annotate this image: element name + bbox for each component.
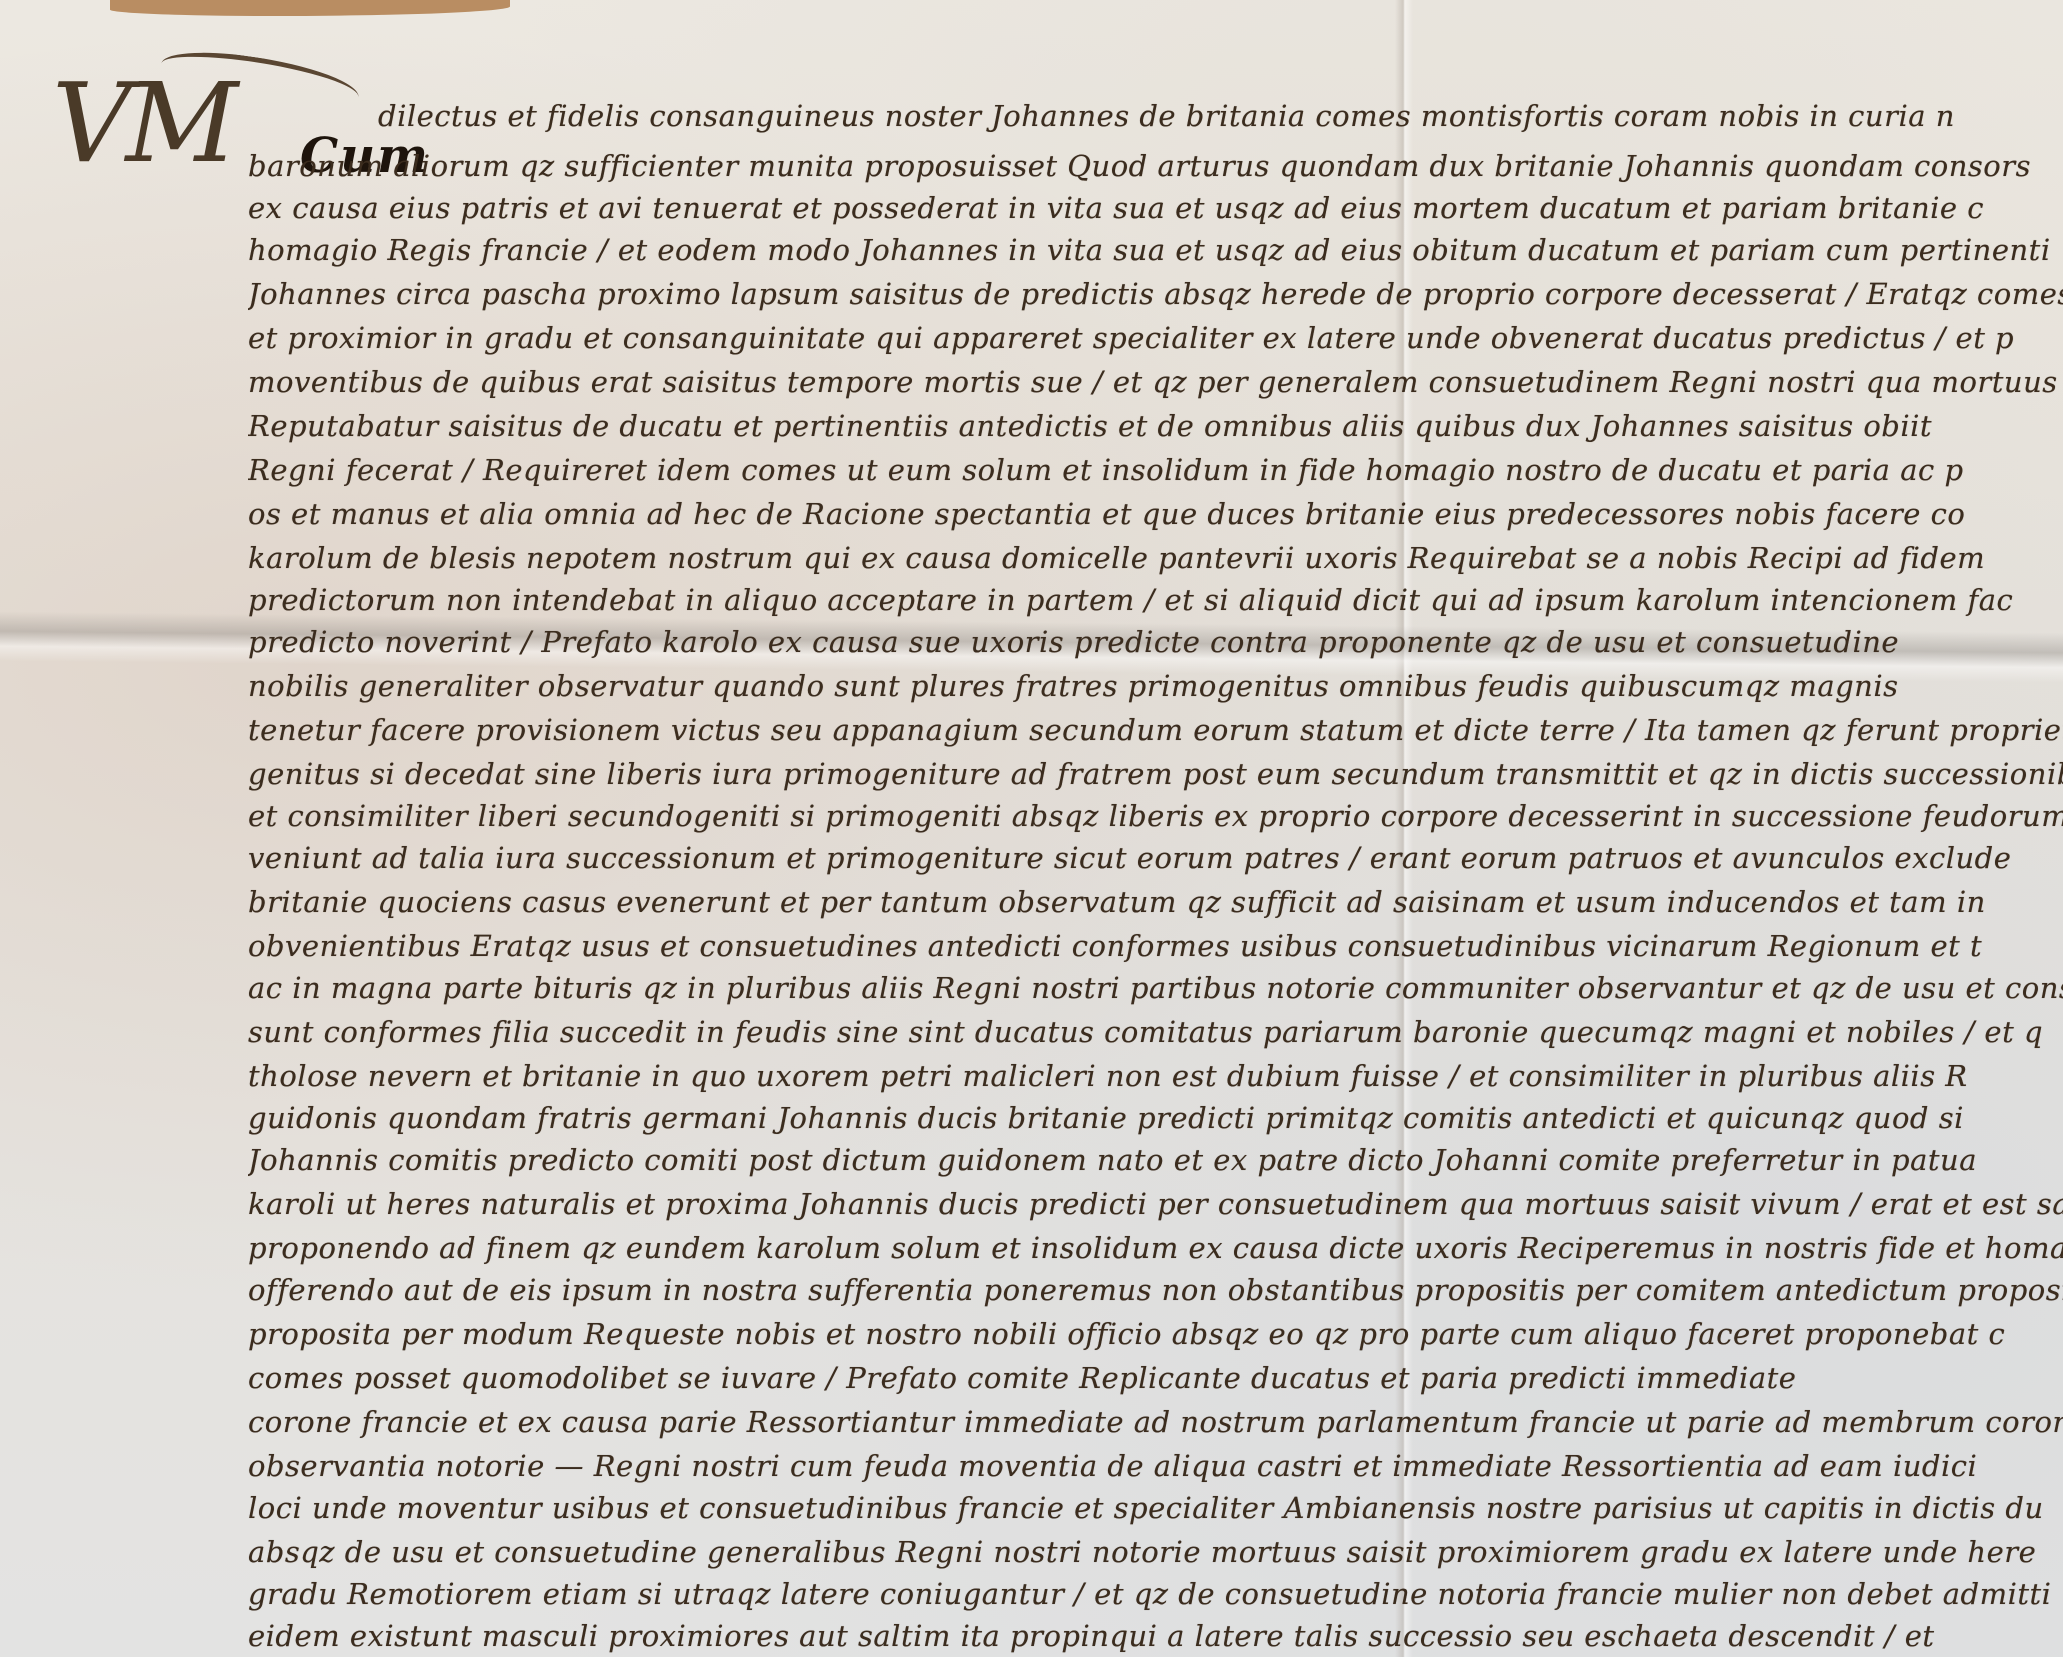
manuscript-line: proposita per modum Requeste nobis et no… [248, 1316, 2063, 1352]
manuscript-line: gradu Remotiorem etiam si utraqz latere … [248, 1576, 2063, 1612]
manuscript-line: loci unde moventur usibus et consuetudin… [248, 1490, 2063, 1526]
manuscript-line: tenetur facere provisionem victus seu ap… [248, 712, 2063, 748]
manuscript-line: guidonis quondam fratris germani Johanni… [248, 1100, 2063, 1136]
manuscript-line: veniunt ad talia iura successionum et pr… [248, 840, 2063, 876]
manuscript-line: et proximior in gradu et consanguinitate… [248, 320, 2063, 356]
manuscript-line: absqz de usu et consuetudine generalibus… [248, 1534, 2063, 1570]
manuscript-line: os et manus et alia omnia ad hec de Raci… [248, 496, 2063, 532]
manuscript-line: britanie quociens casus evenerunt et per… [248, 884, 2063, 920]
manuscript-line: corone francie et ex causa parie Ressort… [248, 1404, 2063, 1440]
manuscript-line: observantia notorie — Regni nostri cum f… [248, 1448, 2063, 1484]
manuscript-line: sunt conformes filia succedit in feudis … [248, 1014, 2063, 1050]
manuscript-line: ex causa eius patris et avi tenuerat et … [248, 190, 2063, 226]
manuscript-line: Johannes circa pascha proximo lapsum sai… [248, 276, 2063, 312]
manuscript-line: Regni fecerat / Requireret idem comes ut… [248, 452, 2063, 488]
manuscript-line: ac in magna parte bituris qz in pluribus… [248, 970, 2063, 1006]
manuscript-line: karolum de blesis nepotem nostrum qui ex… [248, 540, 2063, 576]
manuscript-line: baronum aliorum qz sufficienter munita p… [248, 148, 2063, 184]
manuscript-line: dilectus et fidelis consanguineus noster… [378, 98, 2063, 134]
manuscript-line: Reputabatur saisitus de ducatu et pertin… [248, 408, 2063, 444]
manuscript-line: predicto noverint / Prefato karolo ex ca… [248, 624, 2063, 660]
manuscript-text-body: dilectus et fidelis consanguineus noster… [0, 0, 2063, 1657]
manuscript-line: eidem existunt masculi proximiores aut s… [248, 1618, 2063, 1654]
manuscript-line: moventibus de quibus erat saisitus tempo… [248, 364, 2063, 400]
manuscript-line: nobilis generaliter observatur quando su… [248, 668, 2063, 704]
manuscript-line: et consimiliter liberi secundogeniti si … [248, 798, 2063, 834]
manuscript-line: homagio Regis francie / et eodem modo Jo… [248, 232, 2063, 268]
manuscript-line: obvenientibus Eratqz usus et consuetudin… [248, 928, 2063, 964]
manuscript-line: tholose nevern et britanie in quo uxorem… [248, 1058, 2063, 1094]
manuscript-line: predictorum non intendebat in aliquo acc… [248, 582, 2063, 618]
manuscript-line: proponendo ad finem qz eundem karolum so… [248, 1230, 2063, 1266]
manuscript-line: offerendo aut de eis ipsum in nostra suf… [248, 1272, 2063, 1308]
manuscript-line: Johannis comitis predicto comiti post di… [248, 1142, 2063, 1178]
manuscript-line: genitus si decedat sine liberis iura pri… [248, 756, 2063, 792]
manuscript-line: comes posset quomodolibet se iuvare / Pr… [248, 1360, 2063, 1396]
manuscript-line: karoli ut heres naturalis et proxima Joh… [248, 1186, 2063, 1222]
